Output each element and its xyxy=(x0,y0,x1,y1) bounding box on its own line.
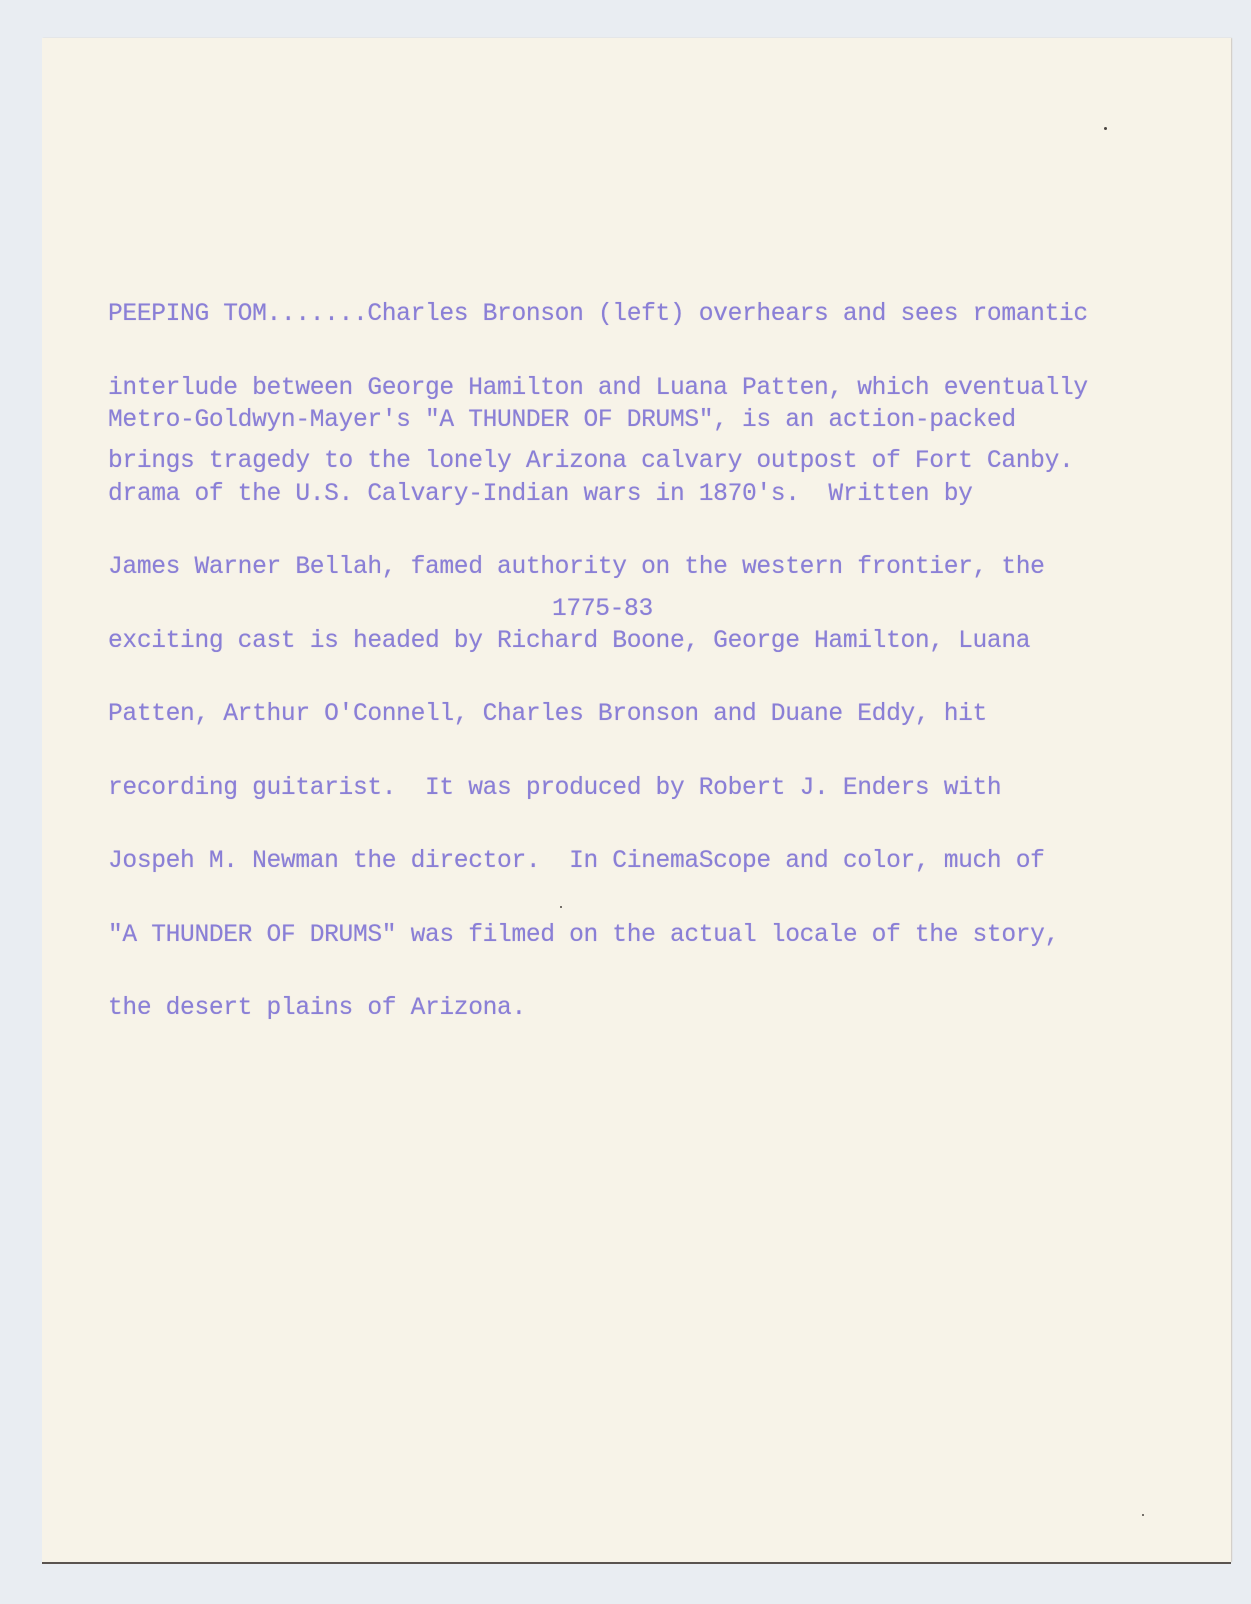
body-line: Patten, Arthur O'Connell, Charles Bronso… xyxy=(108,703,1059,728)
paper-speck xyxy=(560,906,562,908)
body-line: drama of the U.S. Calvary-Indian wars in… xyxy=(108,483,1059,508)
body-line: "A THUNDER OF DRUMS" was filmed on the a… xyxy=(108,924,1059,949)
paper-sheet: PEEPING TOM.......Charles Bronson (left)… xyxy=(42,38,1231,1562)
paper-speck xyxy=(1142,1514,1144,1516)
caption-line: PEEPING TOM.......Charles Bronson (left)… xyxy=(108,303,1088,328)
body-line: recording guitarist. It was produced by … xyxy=(108,777,1059,802)
body-line: the desert plains of Arizona. xyxy=(108,997,1059,1022)
body-line: exciting cast is headed by Richard Boone… xyxy=(108,630,1059,655)
paper-speck xyxy=(1104,127,1107,130)
body-line: James Warner Bellah, famed authority on … xyxy=(108,556,1059,581)
body-line: Jospeh M. Newman the director. In Cinema… xyxy=(108,850,1059,875)
press-release-body: Metro-Goldwyn-Mayer's "A THUNDER OF DRUM… xyxy=(108,360,1059,1071)
reference-number: 1775-83 xyxy=(552,598,653,623)
body-line: Metro-Goldwyn-Mayer's "A THUNDER OF DRUM… xyxy=(108,409,1059,434)
